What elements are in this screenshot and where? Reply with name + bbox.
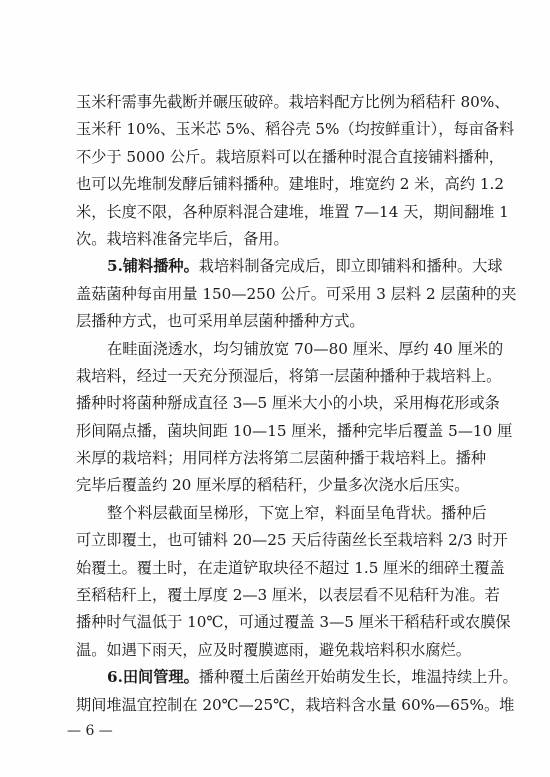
text-line: 不少于 5000 公斤。栽培原料可以在播种时混合直接铺料播种，: [76, 144, 480, 171]
text-line: 在畦面浇透水，均匀铺放宽 70—80 厘米、厚约 40 厘米的: [76, 336, 480, 363]
text-line: 也可以先堆制发酵后铺料播种。建堆时，堆宽约 2 米，高约 1.2: [76, 171, 480, 198]
text-line: 栽培料，经过一天充分预湿后，将第一层菌种播种于栽培料上。: [76, 363, 480, 390]
text-line: 盖菇菌种每亩用量 150—250 公斤。可采用 3 层料 2 层菌种的夹: [76, 281, 480, 308]
text-line: 整个料层截面呈梯形，下宽上窄，料面呈龟背状。播种后: [76, 500, 480, 527]
text-line: 期间堆温宜控制在 20℃—25℃，栽培料含水量 60%—65%。堆: [76, 692, 480, 719]
text-line: 至稻秸秆上，覆土厚度 2—3 厘米，以表层看不见秸秆为准。若: [76, 582, 480, 609]
section-5-first-line: 5.铺料播种。栽培料制备完成后，即立即铺料和播种。大球: [76, 253, 480, 280]
page-number: — 6 —: [67, 720, 113, 742]
document-page: 玉米秆需事先截断并碾压破碎。栽培料配方比例为稻秸秆 80%、 玉米秆 10%、玉…: [0, 0, 550, 777]
text-line: 播种时将菌种掰成直径 3—5 厘米大小的小块，采用梅花形或条: [76, 390, 480, 417]
text-line: 播种时气温低于 10℃，可通过覆盖 3—5 厘米干稻秸秆或农膜保: [76, 609, 480, 636]
section-heading-5: 5.铺料播种。: [107, 257, 199, 275]
text-line: 始覆土。覆土时，在走道铲取块径不超过 1.5 厘米的细碎土覆盖: [76, 555, 480, 582]
text-line: 层播种方式，也可采用单层菌种播种方式。: [76, 308, 480, 335]
text-line: 完毕后覆盖约 20 厘米厚的稻秸秆，少量多次浇水后压实。: [76, 472, 480, 499]
text-line: 次。栽培料准备完毕后，备用。: [76, 226, 480, 253]
text-line: 温。如遇下雨天，应及时覆膜遮雨，避免栽培料积水腐烂。: [76, 637, 480, 664]
text-line: 可立即覆土，也可铺料 20—25 天后待菌丝长至栽培料 2/3 时开: [76, 527, 480, 554]
section-6-first-line: 6.田间管理。播种覆土后菌丝开始萌发生长，堆温持续上升。: [76, 664, 480, 691]
body-text: 玉米秆需事先截断并碾压破碎。栽培料配方比例为稻秸秆 80%、 玉米秆 10%、玉…: [76, 89, 480, 719]
text-line: 米厚的栽培料；用同样方法将第二层菌种播于栽培料上。播种: [76, 445, 480, 472]
section-5-text: 栽培料制备完成后，即立即铺料和播种。大球: [199, 257, 503, 275]
section-6-text: 播种覆土后菌丝开始萌发生长，堆温持续上升。: [199, 668, 518, 686]
text-line: 玉米秆 10%、玉米芯 5%、稻谷壳 5%（均按鲜重计），每亩备料: [76, 116, 480, 143]
text-line: 米，长度不限，各种原料混合建堆，堆置 7—14 天，期间翻堆 1: [76, 199, 480, 226]
section-heading-6: 6.田间管理。: [107, 668, 199, 686]
text-line: 形间隔点播，菌块间距 10—15 厘米，播种完毕后覆盖 5—10 厘: [76, 418, 480, 445]
text-line: 玉米秆需事先截断并碾压破碎。栽培料配方比例为稻秸秆 80%、: [76, 89, 480, 116]
